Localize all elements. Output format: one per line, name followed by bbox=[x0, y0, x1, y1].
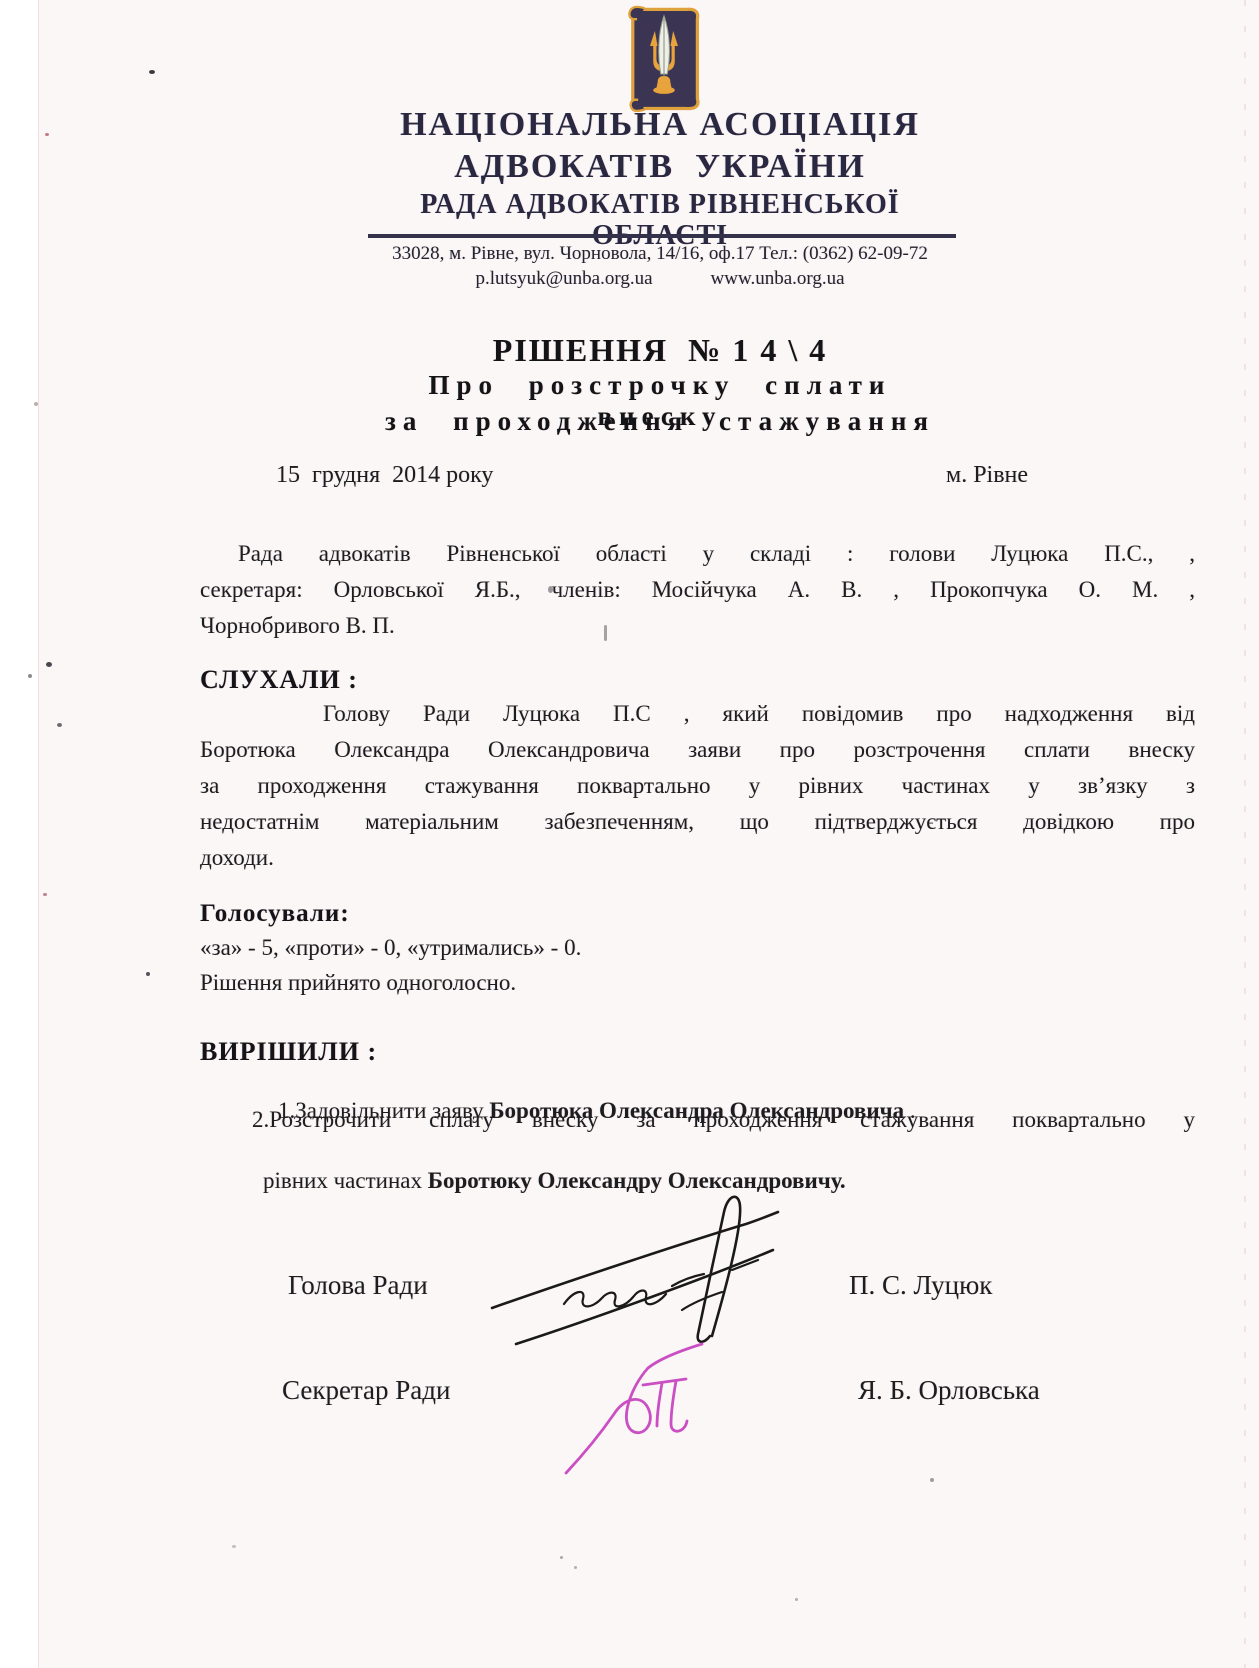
letterhead-divider bbox=[368, 234, 956, 238]
org-name-line1: НАЦІОНАЛЬНА АСОЦІАЦІЯ bbox=[360, 106, 960, 143]
inkwell-base bbox=[653, 86, 675, 94]
heard-line: Боротюка Олександра Олександровича заяви… bbox=[200, 736, 1195, 764]
scan-smudge bbox=[604, 625, 607, 641]
org-address: 33028, м. Рівне, вул. Чорновола, 14/16, … bbox=[360, 243, 960, 265]
handwritten-signature-secretary bbox=[546, 1340, 706, 1475]
document-date: 15 грудня 2014 року bbox=[276, 462, 493, 489]
composition-line: Рада адвокатів Рівненської області у скл… bbox=[200, 540, 1195, 568]
scan-speck bbox=[795, 1598, 798, 1601]
composition-line: Чорнобривого В. П. bbox=[200, 612, 1195, 640]
org-email: p.lutsyuk@unba.org.ua bbox=[475, 268, 652, 290]
signature-role-head: Голова Ради bbox=[288, 1270, 428, 1301]
scan-speck bbox=[45, 133, 49, 136]
scan-speck bbox=[43, 893, 47, 896]
scan-artifact-line bbox=[1244, 0, 1246, 1668]
heard-line: за проходження стажування поквартально у… bbox=[200, 772, 1195, 800]
decision-number-title: РІШЕННЯ № 1 4 \ 4 bbox=[350, 332, 970, 369]
scan-speck bbox=[930, 1478, 934, 1482]
scan-speck bbox=[34, 402, 38, 406]
org-website: www.unba.org.ua bbox=[711, 268, 845, 290]
scan-smudge bbox=[548, 586, 553, 593]
voting-note: Рішення прийнято одноголосно. bbox=[200, 969, 1195, 997]
voting-results: «за» - 5, «проти» - 0, «утримались» - 0. bbox=[200, 934, 1195, 962]
scan-speck bbox=[28, 674, 32, 678]
org-name-line2: АДВОКАТІВ УКРАЇНИ bbox=[360, 148, 960, 185]
resolved-item2-text: рівних частинах bbox=[263, 1168, 428, 1193]
heard-line: Голову Ради Луцюка П.С , який повідомив … bbox=[200, 700, 1195, 728]
heard-section-heading: СЛУХАЛИ : bbox=[200, 664, 1195, 695]
resolved-item-2-line1: 2.Розстрочити сплату внеску за проходжен… bbox=[252, 1107, 1195, 1133]
unba-scroll-emblem-logo bbox=[622, 4, 706, 116]
handwritten-signature-head bbox=[486, 1186, 786, 1348]
scan-speck bbox=[232, 1545, 236, 1548]
scan-speck bbox=[146, 972, 150, 976]
signature-name-secretary: Я. Б. Орловська bbox=[858, 1375, 1040, 1406]
signature-name-head: П. С. Луцюк bbox=[849, 1270, 992, 1301]
scan-speck bbox=[46, 662, 52, 667]
voting-heading: Голосували: bbox=[200, 899, 1195, 929]
org-contacts: p.lutsyuk@unba.org.ua www.unba.org.ua bbox=[360, 268, 960, 290]
signature-role-secretary: Секретар Ради bbox=[282, 1375, 450, 1406]
document-place: м. Рівне bbox=[946, 462, 1028, 489]
heard-line: недостатнім матеріальним забезпеченням, … bbox=[200, 808, 1195, 836]
heard-line: доходи. bbox=[200, 844, 1195, 872]
scan-speck bbox=[574, 1566, 577, 1569]
scanned-decision-document: НАЦІОНАЛЬНА АСОЦІАЦІЯ АДВОКАТІВ УКРАЇНИ … bbox=[0, 0, 1259, 1668]
composition-line: секретаря: Орловської Я.Б., членів: Мосі… bbox=[200, 576, 1195, 604]
scan-speck bbox=[149, 70, 155, 74]
decision-subject-line2: за проходження стажування bbox=[350, 406, 970, 437]
scan-speck bbox=[57, 723, 62, 727]
scan-speck bbox=[560, 1556, 563, 1559]
resolved-section-heading: ВИРІШИЛИ : bbox=[200, 1036, 1195, 1067]
